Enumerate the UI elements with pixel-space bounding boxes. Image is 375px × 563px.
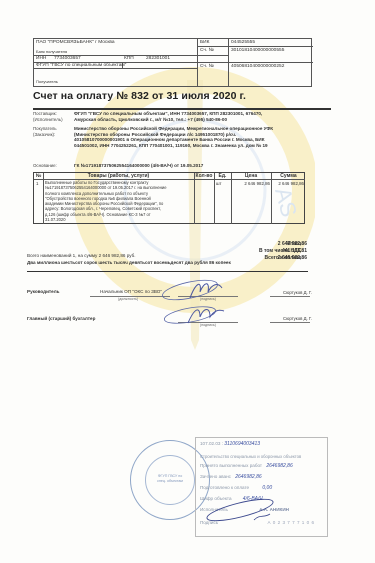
bank-label: Банк получателя (36, 49, 67, 54)
stamp-accepted-label: Принято выполненных работ (200, 463, 262, 468)
items-count-line: Всего наименований 1, на сумму 2 646 982… (27, 253, 136, 259)
inn-label: ИНН (36, 56, 46, 61)
head-signature-icon (160, 278, 230, 302)
description-line: 31.07.2020 (45, 217, 193, 222)
head-name: Сюртуков Д. Г. (283, 290, 312, 295)
invoice-page: ПАО "ПРОМСВЯЗЬБАНК" г Москва Банк получа… (0, 0, 375, 563)
row-price: 2 646 982,86 (233, 181, 270, 186)
col-header-goods: Товары (работы, услуги) (43, 173, 194, 180)
stamp-payable-value: 0,00 (262, 485, 272, 491)
head-label: Руководитель (27, 289, 59, 294)
stamp-advance-value: 2646982,86 (235, 474, 261, 480)
stamp-signature-icon (204, 494, 284, 522)
row-unit: шт (216, 181, 222, 186)
buyer-details: Министерство обороны Российской Федераци… (74, 126, 334, 148)
col-header-qty: Кол-во (194, 173, 214, 180)
invoice-title: Счет на оплату № 832 от 31 июля 2020 г. (33, 90, 246, 102)
name-line-accountant (270, 322, 310, 323)
corr-account-label: Сч. № (200, 48, 214, 53)
accountant-name: Сюртуков Д. Г. (283, 316, 312, 321)
due-value: 2 646 982,86 (257, 255, 307, 261)
recipient-name: ФГУП "ГВСУ по специальным объектам" (36, 63, 126, 68)
supplier-line2: Амурская область, Циолковский г., м/г №1… (74, 117, 334, 123)
vat-value: 441 163,81 (257, 248, 307, 254)
buyer-label-line2: (Заказчик): (33, 132, 57, 138)
corr-account-value: 30101810400000000555 (231, 48, 284, 53)
position-caption: (должность) (118, 297, 138, 301)
supplier-label: Поставщик: (Исполнитель) (33, 111, 63, 122)
row-description: Выполненные работы по Государственному к… (45, 180, 193, 222)
kpp-label: КПП (124, 56, 134, 61)
recipient-label: Получатель (36, 79, 58, 84)
bank-details-table: ПАО "ПРОМСВЯЗЬБАНК" г Москва Банк получа… (33, 38, 312, 87)
supplier-label-line2: (Исполнитель) (33, 117, 63, 123)
buyer-label: Покупатель (Заказчик): (33, 126, 57, 137)
account-label: Сч. № (200, 64, 214, 69)
stamp-code-printed: 107.02.03 : (200, 441, 223, 446)
stamp-code-hand: 3110694003413 (224, 441, 260, 447)
kpp-value: 282301001 (146, 56, 170, 61)
bank-name: ПАО "ПРОМСВЯЗЬБАНК" г Москва (36, 40, 115, 45)
accountant-label: Главный (старший) бухгалтер (27, 316, 95, 321)
row-num: 1 (36, 181, 38, 186)
stamp-section: Строительство специальных и оборонных об… (200, 454, 301, 459)
col-header-unit: Ед. (214, 173, 231, 180)
bik-label: БИК (200, 40, 209, 45)
col-header-sum: Сумма (271, 173, 306, 180)
basis-value: ГК №1719187375062554164000000 (4/6-ВА/Ч)… (74, 163, 334, 169)
stamp-accepted-value: 2646982,86 (266, 463, 292, 469)
acceptance-stamp: 107.02.03 : 3110694003413 Строительство … (195, 437, 328, 537)
items-table: № Товары (работы, услуги) Кол-во Ед. Цен… (33, 172, 305, 224)
inn-value: 7734003657 (54, 56, 81, 61)
stamp-advance-label: Зачтено аванс (200, 474, 231, 479)
accountant-signature-icon (160, 303, 230, 327)
stamp-payable-label: Подготовлено к оплате (200, 485, 249, 490)
head-position: Начальник ОП "ОКС по ЗВО" (100, 289, 162, 294)
name-line-head (270, 296, 310, 297)
seal-text: ФГУП ГВСУ по спец. объектам (155, 474, 185, 483)
title-divider (33, 108, 331, 110)
basis-label: Основание: (33, 163, 57, 169)
bik-value: 044525555 (231, 40, 255, 45)
summary-divider (27, 271, 308, 272)
buyer-line4: 044501002, ИНН 7704252261, КПП 770401001… (74, 143, 334, 149)
row-sum: 2 646 982,86 (273, 181, 304, 186)
col-header-num: № (34, 173, 43, 180)
amount-in-words: Два миллиона шестьсот сорок шесть тысяч … (27, 260, 231, 266)
account-value: 40506810400000000252 (231, 64, 284, 69)
buyer-label-line1: Покупатель (33, 126, 57, 132)
total-value: 2 646 982,86 (257, 241, 307, 247)
supplier-details: ФГУП "ГВСУ по специальным объектам", ИНН… (74, 111, 334, 122)
col-header-price: Цена (231, 173, 271, 180)
